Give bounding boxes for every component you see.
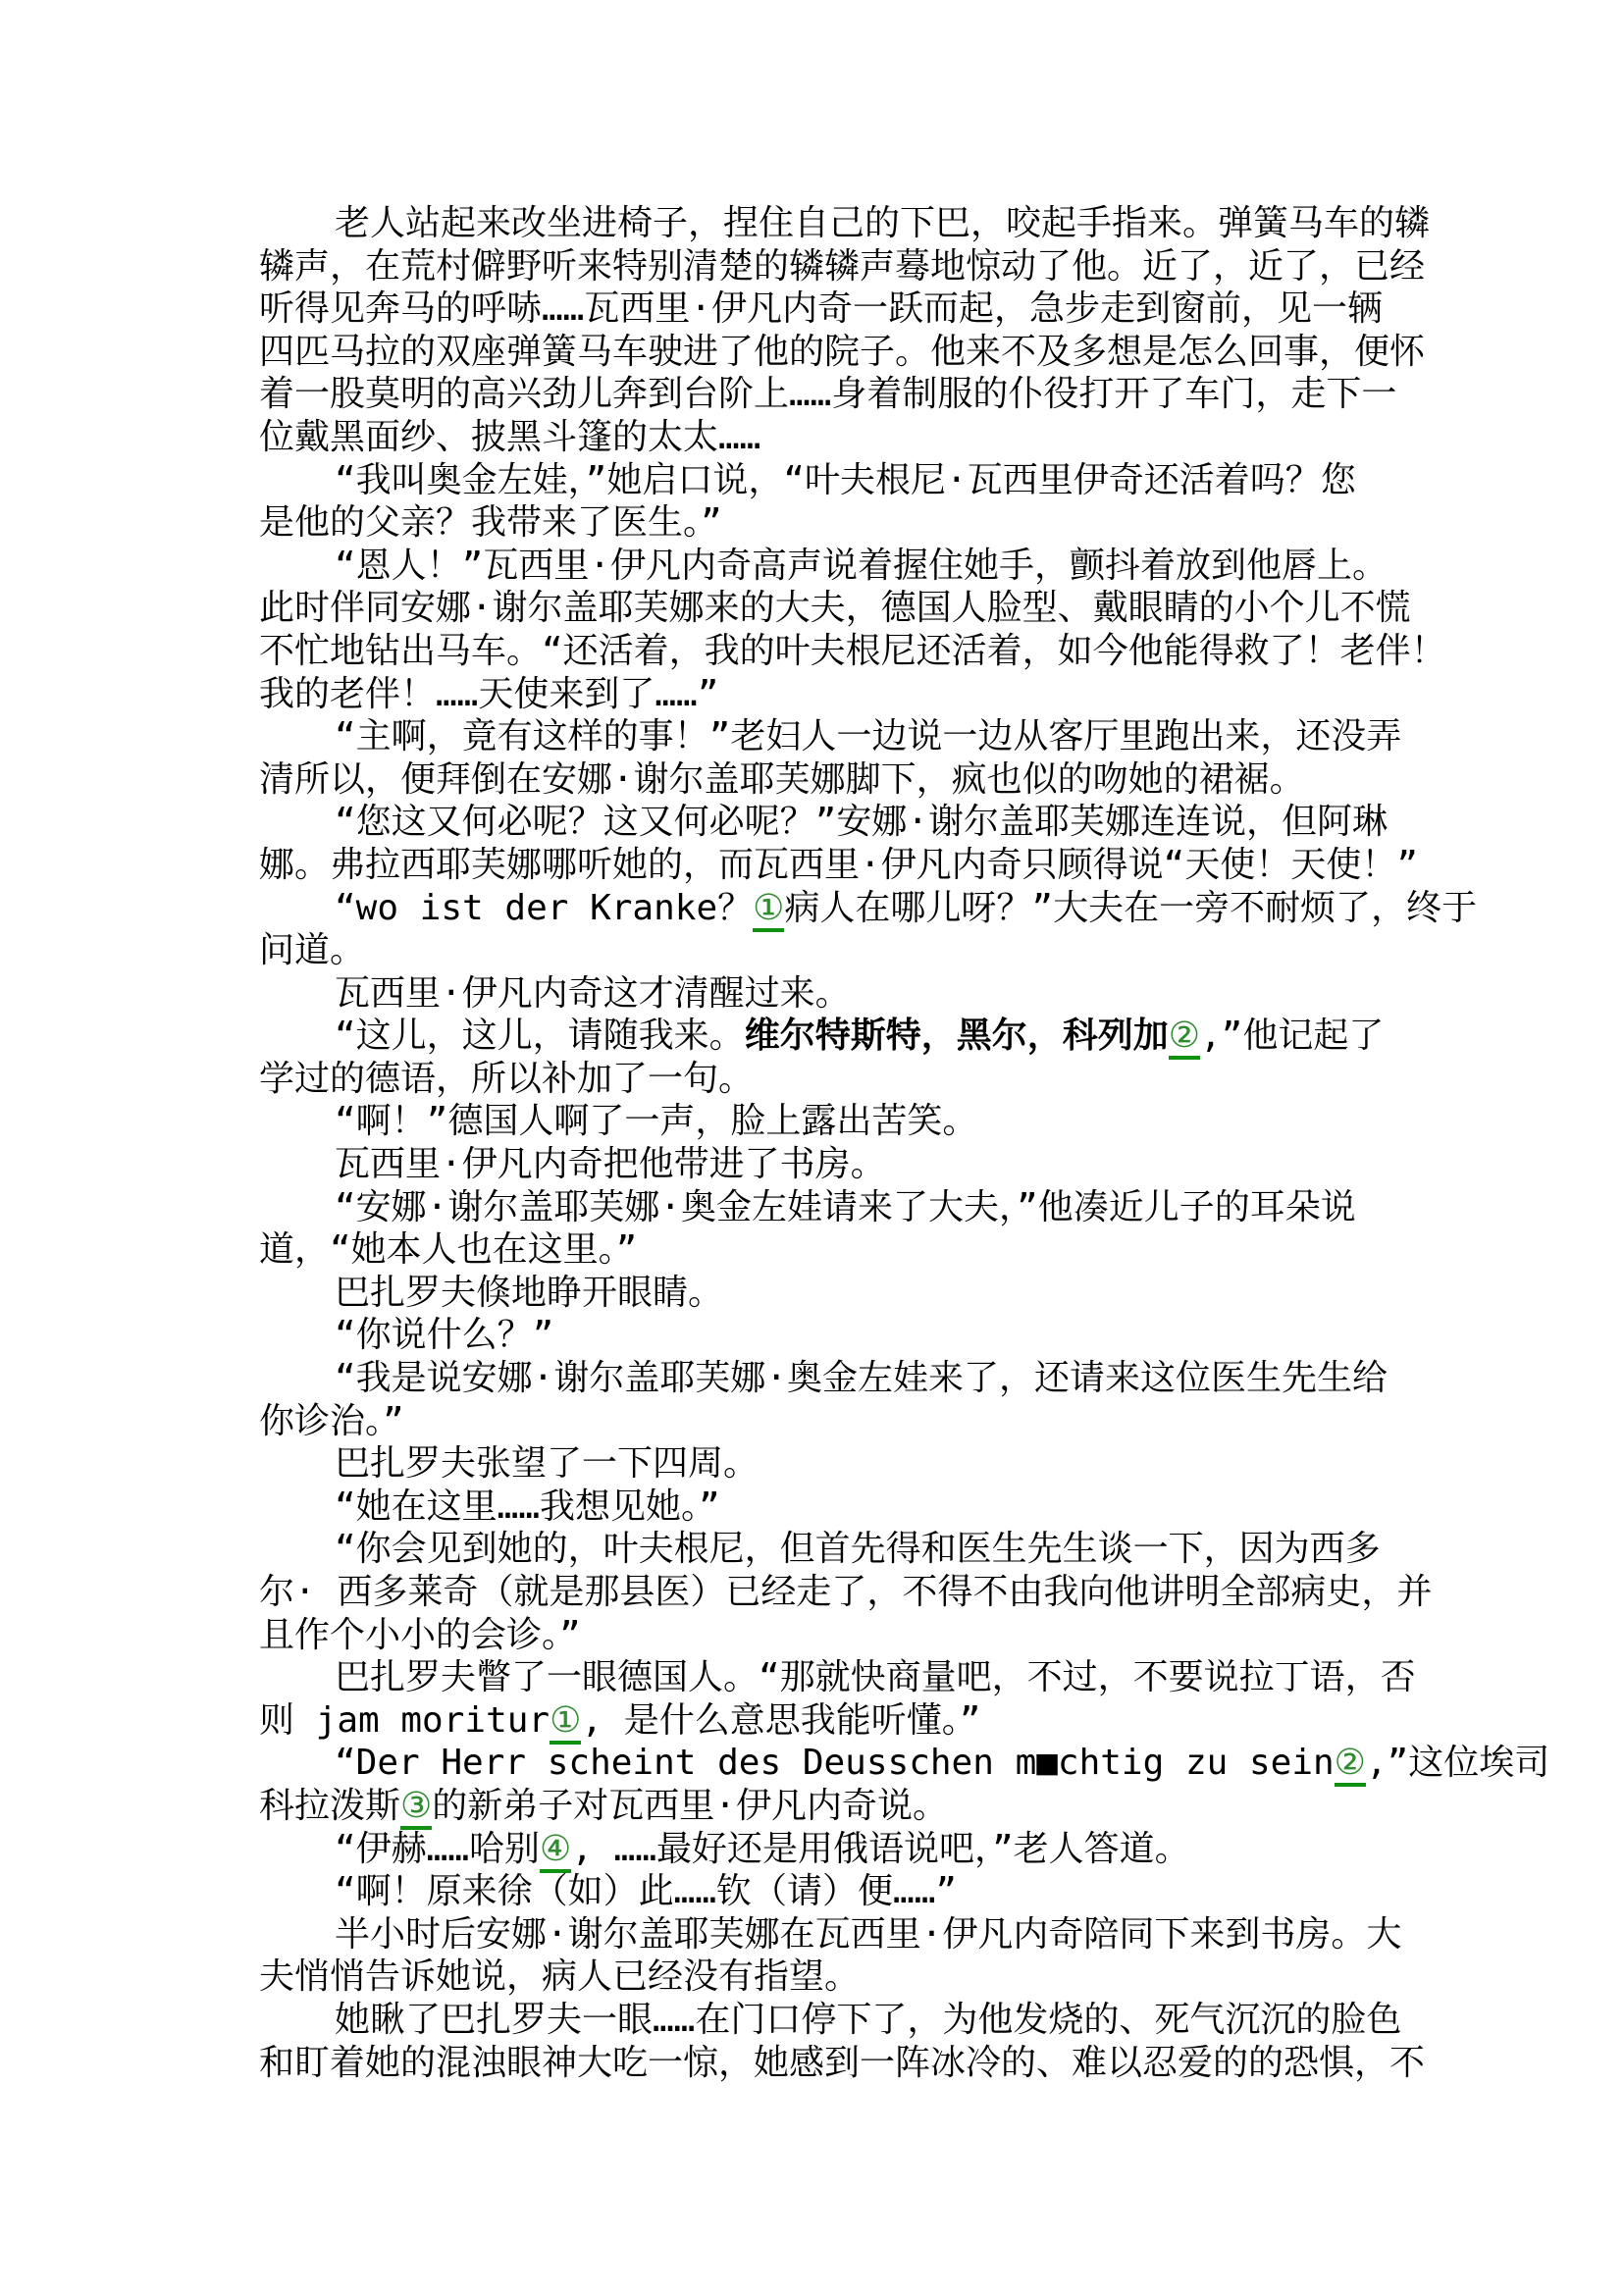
text-line: 巴扎罗夫倏地睁开眼睛。 — [259, 1272, 1446, 1315]
text-segment: 此时伴同安娜·谢尔盖耶芙娜来的大夫，德国人脸型、戴眼睛的小个儿不慌 — [259, 588, 1411, 628]
footnote-ref[interactable]: ① — [753, 888, 784, 932]
text-line: 道，“她本人也在这里。” — [259, 1228, 1446, 1272]
text-segment: “wo ist der Kranke？ — [335, 888, 753, 928]
text-segment: 着一股莫明的高兴劲儿奔到台阶上……身着制服的仆役打开了车门，走下一 — [259, 374, 1396, 414]
text-segment: “她在这里……我想见她。” — [335, 1486, 720, 1527]
footnote-ref[interactable]: ④ — [540, 1829, 571, 1873]
text-segment: 她瞅了巴扎罗夫一眼……在门口停下了，为他发烧的、死气沉沉的脸色 — [335, 2000, 1401, 2040]
text-line: 不忙地钻出马车。“还活着，我的叶夫根尼还活着，如今他能得救了！老伴！ — [259, 630, 1446, 673]
text-line: 辚声，在荒村僻野听来特别清楚的辚辚声蓦地惊动了他。近了，近了，已经 — [259, 245, 1446, 288]
text-line: 巴扎罗夫瞥了一眼德国人。“那就快商量吧，不过，不要说拉丁语，否 — [259, 1656, 1446, 1699]
text-segment: ,”这位埃司 — [1366, 1743, 1549, 1783]
text-line: “你会见到她的，叶夫根尼，但首先得和医生先生谈一下，因为西多 — [259, 1528, 1446, 1571]
text-line: 是他的父亲？我带来了医生。” — [259, 501, 1446, 545]
text-segment: 不忙地钻出马车。“还活着，我的叶夫根尼还活着，如今他能得救了！老伴！ — [259, 631, 1446, 671]
text-segment: 四匹马拉的双座弹簧马车驶进了他的院子。他来不及多想是怎么回事，便怀 — [259, 332, 1425, 372]
text-segment: 半小时后安娜·谢尔盖耶芙娜在瓦西里·伊凡内奇陪同下来到书房。大 — [335, 1914, 1401, 1955]
text-line: 四匹马拉的双座弹簧马车驶进了他的院子。他来不及多想是怎么回事，便怀 — [259, 331, 1446, 374]
text-line: 你诊治。” — [259, 1400, 1446, 1443]
text-segment: 则 jam moritur — [259, 1700, 550, 1741]
text-segment: 清所以，便拜倒在安娜·谢尔盖耶芙娜脚下，疯也似的吻她的裙裾。 — [259, 759, 1305, 800]
text-segment: 你诊治。” — [259, 1401, 404, 1441]
footnote-ref[interactable]: ① — [550, 1700, 581, 1745]
text-line: “安娜·谢尔盖耶芙娜·奥金左娃请来了大夫，”他凑近儿子的耳朵说 — [259, 1186, 1446, 1229]
text-segment: 道，“她本人也在这里。” — [259, 1229, 637, 1270]
text-segment: “我叫奥金左娃，”她启口说，“叶夫根尼·瓦西里伊奇还活着吗？您 — [335, 460, 1356, 500]
text-line: 科拉泼斯③的新弟子对瓦西里·伊凡内奇说。 — [259, 1785, 1446, 1828]
text-line: 问道。 — [259, 929, 1446, 972]
text-segment: 瓦西里·伊凡内奇把他带进了书房。 — [335, 1144, 886, 1184]
document-page: 老人站起来改坐进椅子，捏住自己的下巴，咬起手指来。弹簧马车的辚辚声，在荒村僻野听… — [0, 0, 1624, 2294]
text-segment: 病人在哪儿呀？”大夫在一旁不耐烦了，终于 — [784, 888, 1477, 928]
text-line: “这儿，这儿，请随我来。维尔特斯特，黑尔，科列加②,”他记起了 — [259, 1015, 1446, 1058]
text-line: 尔· 西多莱奇（就是那县医）已经走了，不得不由我向他讲明全部病史，并 — [259, 1571, 1446, 1614]
text-segment: 学过的德语，所以补加了一句。 — [259, 1059, 754, 1099]
text-segment: 巴扎罗夫倏地睁开眼睛。 — [335, 1273, 723, 1313]
text-line: 位戴黑面纱、披黑斗篷的太太…… — [259, 416, 1446, 459]
text-line: “我是说安娜·谢尔盖耶芙娜·奥金左娃来了，还请来这位医生先生给 — [259, 1357, 1446, 1400]
text-line: 听得见奔马的呼哧……瓦西里·伊凡内奇一跃而起，急步走到窗前，见一辆 — [259, 287, 1446, 331]
text-line: 巴扎罗夫张望了一下四周。 — [259, 1442, 1446, 1486]
text-segment: 瓦西里·伊凡内奇这才清醒过来。 — [335, 973, 851, 1014]
text-segment: “啊！”德国人啊了一声，脸上露出苦笑。 — [335, 1101, 977, 1141]
text-segment: 辚声，在荒村僻野听来特别清楚的辚辚声蓦地惊动了他。近了，近了，已经 — [259, 246, 1425, 287]
text-line: “你说什么？” — [259, 1314, 1446, 1357]
text-segment: “主啊，竟有这样的事！”老妇人一边说一边从客厅里跑出来，还没弄 — [335, 716, 1401, 756]
text-segment: 夫悄悄告诉她说，病人已经没有指望。 — [259, 1956, 860, 1997]
text-line: 夫悄悄告诉她说，病人已经没有指望。 — [259, 1955, 1446, 1999]
text-segment: , ……最好还是用俄语说吧，”老人答道。 — [571, 1829, 1189, 1869]
text-segment: 位戴黑面纱、披黑斗篷的太太…… — [259, 417, 760, 457]
footnote-ref[interactable]: ② — [1335, 1743, 1366, 1787]
text-line: “啊！”德国人啊了一声，脸上露出苦笑。 — [259, 1100, 1446, 1143]
footnote-ref[interactable]: ③ — [400, 1786, 432, 1830]
text-segment: “安娜·谢尔盖耶芙娜·奥金左娃请来了大夫，”他凑近儿子的耳朵说 — [335, 1187, 1356, 1227]
footnote-ref[interactable]: ② — [1169, 1016, 1200, 1060]
text-segment: “啊！原来徐（如）此……钦（请）便……” — [335, 1871, 957, 1911]
text-segment: ,”他记起了 — [1200, 1016, 1384, 1056]
text-segment: 是他的父亲？我带来了医生。” — [259, 502, 722, 543]
text-line: 老人站起来改坐进椅子，捏住自己的下巴，咬起手指来。弹簧马车的辚 — [259, 202, 1446, 245]
bold-text: 维尔特斯特，黑尔，科列加 — [745, 1016, 1169, 1056]
text-segment: “你会见到她的，叶夫根尼，但首先得和医生先生谈一下，因为西多 — [335, 1529, 1381, 1569]
text-segment: “你说什么？” — [335, 1315, 553, 1355]
text-line: “啊！原来徐（如）此……钦（请）便……” — [259, 1870, 1446, 1913]
text-segment: “恩人！”瓦西里·伊凡内奇高声说着握住她手，颤抖着放到他唇上。 — [335, 546, 1388, 586]
text-line: 和盯着她的混浊眼神大吃一惊，她感到一阵冰冷的、难以忍爱的的恐惧，不 — [259, 2042, 1446, 2085]
text-segment: “伊赫……哈别 — [335, 1829, 540, 1869]
text-segment: 的新弟子对瓦西里·伊凡内奇说。 — [432, 1786, 948, 1826]
text-segment: “这儿，这儿，请随我来。 — [335, 1016, 745, 1056]
text-line: 清所以，便拜倒在安娜·谢尔盖耶芙娜脚下，疯也似的吻她的裙裾。 — [259, 758, 1446, 802]
text-segment: 我的老伴！……天使来到了……” — [259, 674, 718, 714]
text-segment: 尔· 西多莱奇（就是那县医）已经走了，不得不由我向他讲明全部病史，并 — [259, 1572, 1432, 1612]
text-line: “她在这里……我想见她。” — [259, 1486, 1446, 1529]
text-line: 她瞅了巴扎罗夫一眼……在门口停下了，为他发烧的、死气沉沉的脸色 — [259, 1999, 1446, 2042]
text-line: 娜。弗拉西耶芙娜哪听她的，而瓦西里·伊凡内奇只顾得说“天使！天使！” — [259, 844, 1446, 887]
text-line: 此时伴同安娜·谢尔盖耶芙娜来的大夫，德国人脸型、戴眼睛的小个儿不慌 — [259, 587, 1446, 630]
text-line: “主啊，竟有这样的事！”老妇人一边说一边从客厅里跑出来，还没弄 — [259, 715, 1446, 758]
text-line: 瓦西里·伊凡内奇这才清醒过来。 — [259, 972, 1446, 1016]
text-segment: 科拉泼斯 — [259, 1786, 400, 1826]
text-line: 着一股莫明的高兴劲儿奔到台阶上……身着制服的仆役打开了车门，走下一 — [259, 373, 1446, 416]
text-segment: 和盯着她的混浊眼神大吃一惊，她感到一阵冰冷的、难以忍爱的的恐惧，不 — [259, 2043, 1425, 2083]
text-segment: 听得见奔马的呼哧……瓦西里·伊凡内奇一跃而起，急步走到窗前，见一辆 — [259, 288, 1383, 329]
text-segment: 娜。弗拉西耶芙娜哪听她的，而瓦西里·伊凡内奇只顾得说“天使！天使！” — [259, 845, 1418, 885]
text-segment: 巴扎罗夫张望了一下四周。 — [335, 1443, 759, 1484]
text-line: “伊赫……哈别④, ……最好还是用俄语说吧，”老人答道。 — [259, 1828, 1446, 1871]
text-line: 我的老伴！……天使来到了……” — [259, 673, 1446, 716]
text-segment: 巴扎罗夫瞥了一眼德国人。“那就快商量吧，不过，不要说拉丁语，否 — [335, 1657, 1416, 1697]
text-line: “您这又何必呢？这又何必呢？”安娜·谢尔盖耶芙娜连连说，但阿琳 — [259, 801, 1446, 844]
text-line: “恩人！”瓦西里·伊凡内奇高声说着握住她手，颤抖着放到他唇上。 — [259, 545, 1446, 588]
text-segment: “您这又何必呢？这又何必呢？”安娜·谢尔盖耶芙娜连连说，但阿琳 — [335, 802, 1388, 842]
text-segment: 且作个小小的会诊。” — [259, 1615, 581, 1655]
text-segment: 问道。 — [259, 930, 365, 970]
text-segment: “我是说安娜·谢尔盖耶芙娜·奥金左娃来了，还请来这位医生先生给 — [335, 1358, 1388, 1398]
text-line: 半小时后安娜·谢尔盖耶芙娜在瓦西里·伊凡内奇陪同下来到书房。大 — [259, 1913, 1446, 1956]
text-line: “wo ist der Kranke？①病人在哪儿呀？”大夫在一旁不耐烦了，终于 — [259, 887, 1446, 930]
text-segment: “Der Herr scheint des Deusschen m■chtig … — [335, 1743, 1335, 1783]
text-line: “Der Herr scheint des Deusschen m■chtig … — [259, 1742, 1446, 1785]
text-line: “我叫奥金左娃，”她启口说，“叶夫根尼·瓦西里伊奇还活着吗？您 — [259, 459, 1446, 502]
page-text: 老人站起来改坐进椅子，捏住自己的下巴，咬起手指来。弹簧马车的辚辚声，在荒村僻野听… — [259, 202, 1446, 2084]
text-segment: 老人站起来改坐进椅子，捏住自己的下巴，咬起手指来。弹簧马车的辚 — [335, 203, 1430, 243]
text-line: 学过的德语，所以补加了一句。 — [259, 1058, 1446, 1101]
text-line: 瓦西里·伊凡内奇把他带进了书房。 — [259, 1143, 1446, 1186]
text-line: 则 jam moritur①, 是什么意思我能听懂。” — [259, 1699, 1446, 1743]
text-segment: , 是什么意思我能听懂。” — [581, 1700, 980, 1741]
text-line: 且作个小小的会诊。” — [259, 1614, 1446, 1657]
